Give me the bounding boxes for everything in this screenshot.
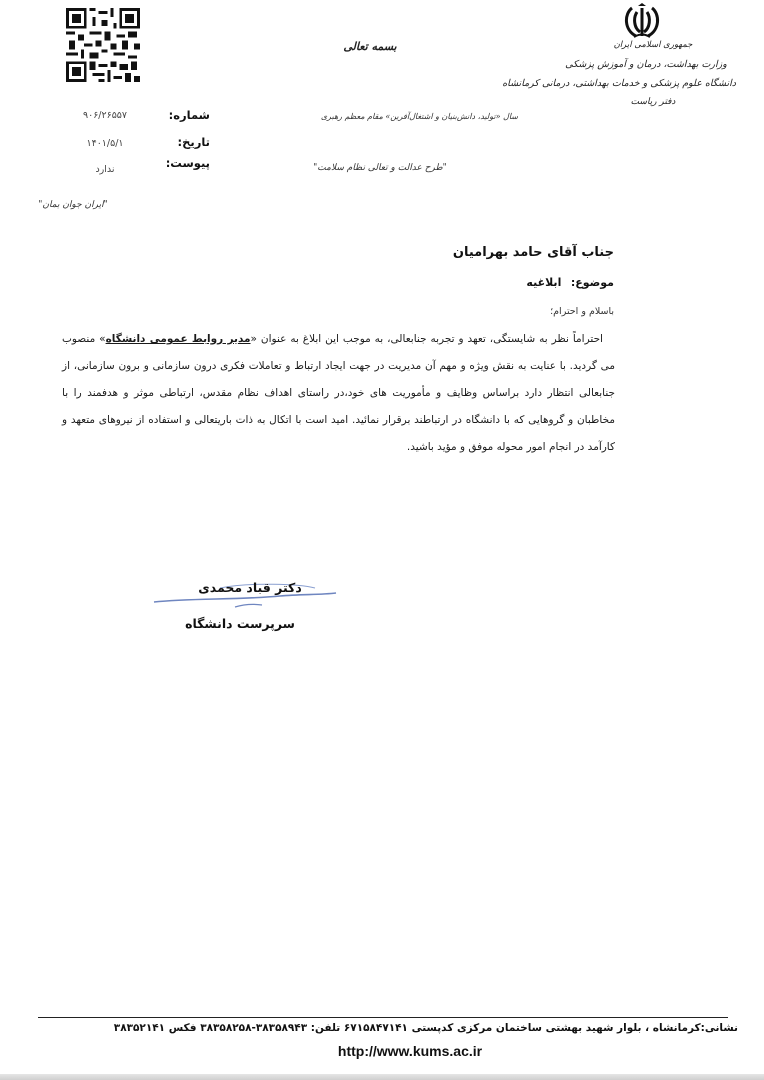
page-bottom-edge	[0, 1074, 764, 1080]
footer-divider	[38, 1017, 728, 1018]
iran-emblem-icon	[620, 2, 664, 40]
young-iran-slogan: "ایران جوان بمان"	[38, 200, 108, 210]
footer-address: نشانی:کرمانشاه ، بلوار شهید بهشتی ساختما…	[38, 1022, 738, 1034]
qr-code-icon	[66, 7, 140, 83]
number-value: ۹۰۶/۲۶۵۵۷	[65, 110, 145, 121]
ministry-line-country: جمهوری اسلامی ایران	[570, 36, 736, 55]
attachment-label: پیوست:	[150, 156, 210, 170]
footer-website-link[interactable]: http://www.kums.ac.ir	[300, 1043, 520, 1059]
date-value: ۱۴۰۱/۵/۱	[65, 138, 145, 149]
ministry-line-university: دانشگاه علوم پزشکی و خدمات بهداشتی، درما…	[526, 74, 736, 93]
number-label: شماره:	[150, 108, 210, 122]
appointment-position: مدیر روابط عمومی دانشگاه	[106, 333, 251, 345]
recipient-name: جناب آقای حامد بهرامیان	[453, 245, 614, 260]
signatory-title: سرپرست دانشگاه	[180, 616, 300, 631]
date-label: تاریخ:	[150, 135, 210, 149]
ministry-line-office: دفتر ریاست	[570, 93, 736, 112]
year-slogan: سال «تولید، دانش‌بنیان و اشتغال‌آفرین» م…	[288, 112, 518, 121]
signatory-name: دکتر قباد محمدی	[180, 580, 320, 595]
ministry-line-ministry: وزارت بهداشت، درمان و آموزش پزشکی	[556, 55, 736, 74]
subject-label: موضوع:	[571, 276, 614, 289]
ministry-header: جمهوری اسلامی ایران وزارت بهداشت، درمان …	[536, 36, 736, 112]
attachment-value: ندارد	[65, 164, 145, 175]
letter-body: احتراماً نظر به شایستگی، تعهد و تجربه جن…	[62, 326, 615, 461]
bismillah-heading: بسمه تعالی	[330, 40, 410, 53]
subject-line: موضوع: ابلاغیه	[526, 276, 614, 289]
body-text-part1: احتراماً نظر به شایستگی، تعهد و تجربه جن…	[251, 333, 603, 345]
greeting: باسلام و احترام؛	[550, 306, 614, 317]
body-paragraph: احتراماً نظر به شایستگی، تعهد و تجربه جن…	[62, 326, 615, 461]
body-text-part2: » منصوب می گردید. با عنایت به نقش ویژه و…	[62, 333, 615, 453]
health-slogan: "طرح عدالت و تعالی نظام سلامت"	[305, 163, 455, 173]
subject-value: ابلاغیه	[526, 276, 561, 289]
